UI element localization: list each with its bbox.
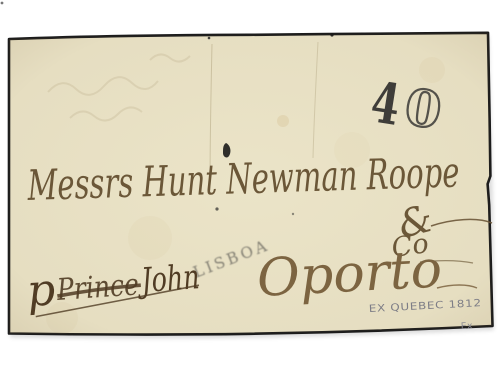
- ink-speck: [1, 2, 4, 5]
- ink-speck: [330, 33, 333, 36]
- ink-speck: [292, 213, 294, 215]
- ink-speck: [215, 207, 218, 210]
- cover-photo: 4 0 LISBOA Messrs Hunt Newman Roope & Co…: [0, 0, 500, 375]
- endorsement-prefix: p: [25, 264, 57, 317]
- address-city: Oporto: [256, 239, 444, 309]
- pencil-initials: Ex: [461, 321, 474, 332]
- ink-speck: [208, 37, 211, 40]
- screenshot-root: 4 0 LISBOA Messrs Hunt Newman Roope & Co…: [0, 0, 500, 375]
